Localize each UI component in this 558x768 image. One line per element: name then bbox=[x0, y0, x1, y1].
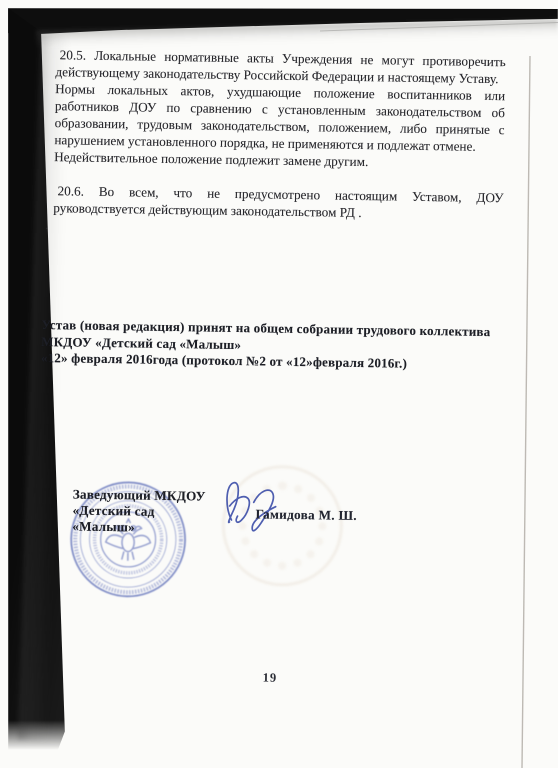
signer-position: Заведующий МКДОУ «Детский сад «Малыш» bbox=[72, 487, 206, 537]
signer-position-line-3: «Малыш» bbox=[72, 519, 205, 537]
paragraph-norms: Нормы локальных актов, ухудшающие положе… bbox=[42, 80, 515, 155]
document-content: 20.5. Локальные нормативные акты Учрежде… bbox=[33, 38, 516, 768]
page-fold-line bbox=[522, 56, 530, 768]
signature-block: Заведующий МКДОУ «Детский сад «Малыш» Га… bbox=[34, 473, 509, 675]
signer-name: Гамидова М. Ш. bbox=[255, 506, 357, 524]
adoption-statement: Устав (новая редакция) принят на общем с… bbox=[39, 317, 512, 374]
